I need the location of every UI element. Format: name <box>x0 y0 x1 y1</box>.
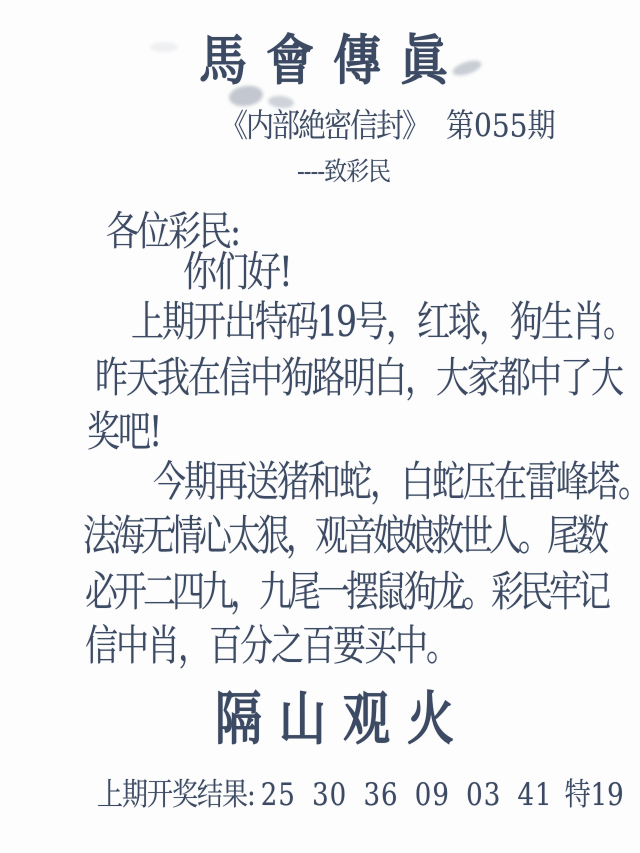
letter-line: 信中肖，百分之百要买中。 <box>85 624 457 666</box>
letter-line: 昨天我在信中狗路明白，大家都中了大 <box>95 356 622 398</box>
masthead-title: 馬會傳眞 <box>199 34 467 88</box>
dedication-line: ----致彩民 <box>297 160 390 185</box>
letter-line: 今期再送猪和蛇，白蛇压在雷峰塔。 <box>153 460 640 502</box>
letter-greeting: 你们好! <box>183 252 291 293</box>
masthead-subtitle: 《内部絶密信封》第055期 <box>220 110 555 142</box>
issue-number: 第055期 <box>446 107 555 145</box>
last-draw-numbers: 25 30 36 09 03 41 <box>261 778 553 814</box>
envelope-label: 《内部絶密信封》 <box>220 107 428 145</box>
ink-smudge <box>150 42 178 52</box>
letter-line: 上期开出特码19号，红球，狗生肖。 <box>131 300 634 342</box>
letter-line: 法海无情心太狠，观音娘娘救世人。尾数 <box>83 514 605 556</box>
last-draw-special-number: 特19 <box>565 778 624 814</box>
idiom-hint: 隔山观火 <box>215 691 471 748</box>
letter-line: 奖吧! <box>87 410 160 452</box>
last-draw-label: 上期开奖结果: <box>97 778 255 814</box>
letter-salutation: 各位彩民: <box>106 211 239 251</box>
letter-line: 必开二四九，九尾一摆鼠狗龙。彩民牢记 <box>85 570 607 612</box>
last-draw-results: 上期开奖结果:25 30 36 09 03 41特19 <box>97 780 624 811</box>
fax-document-page: 馬會傳眞 《内部絶密信封》第055期 ----致彩民 各位彩民: 你们好! 上期… <box>0 0 640 853</box>
